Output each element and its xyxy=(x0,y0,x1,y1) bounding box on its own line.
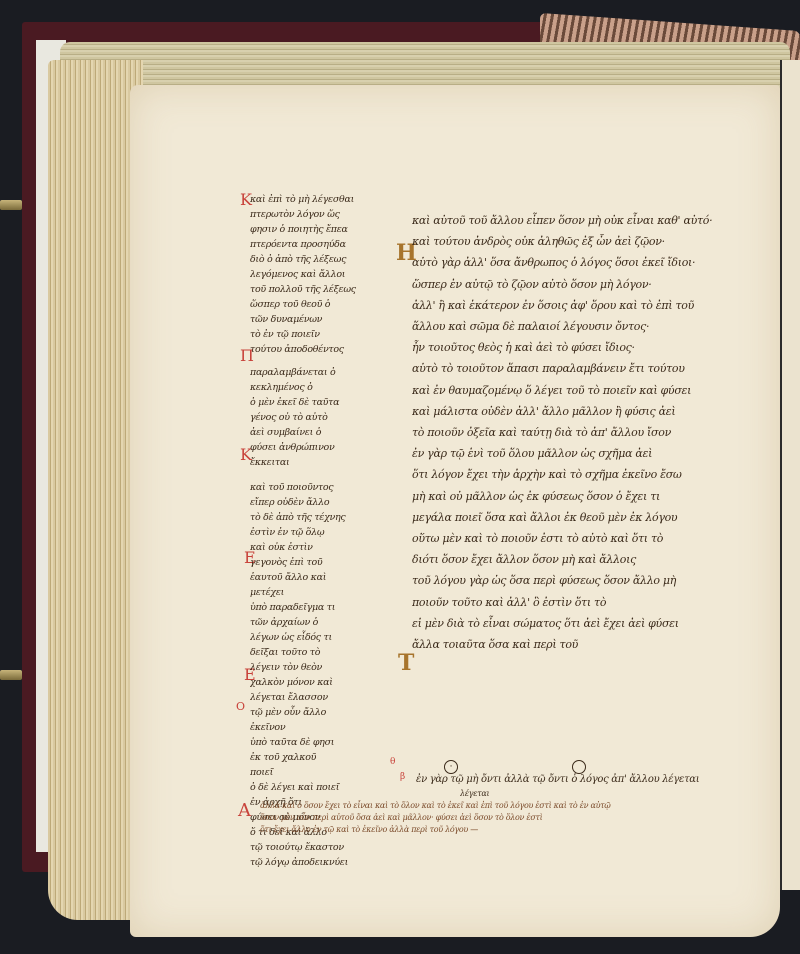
commentary-line: καὶ οὐκ ἐστὶν xyxy=(250,540,400,555)
main-text-column: καὶ αὐτοῦ τοῦ ἄλλου εἶπεν ὅσον μὴ οὐκ εἶ… xyxy=(412,210,772,655)
main-text-line: ἄλλα τοιαῦτα ὅσα καὶ περὶ τοῦ xyxy=(412,634,772,655)
commentary-line: ὥσπερ τοῦ θεοῦ ὁ xyxy=(250,297,400,312)
commentary-line: τῷ τοιούτῳ ἕκαστον xyxy=(250,840,400,855)
main-text-line: καὶ αὐτοῦ τοῦ ἄλλου εἶπεν ὅσον μὴ οὐκ εἶ… xyxy=(412,210,772,231)
binding-clasp-upper xyxy=(0,200,22,210)
main-text-line: καὶ τούτου ἀνδρὸς οὐκ ἀληθῶς ἐξ ὧν ἀεὶ ζ… xyxy=(412,231,772,252)
commentary-line: ὑπὸ ταῦτα δὲ φησι xyxy=(250,735,400,750)
commentary-line: γένος οὐ τὸ αὐτὸ xyxy=(250,410,400,425)
marginal-commentary: καὶ ἐπὶ τὸ μὴ λέγεσθαι πτερωτὸν λόγον ὥς… xyxy=(250,192,400,870)
commentary-line: τῷ μὲν οὖν ἄλλο xyxy=(250,705,400,720)
commentary-line: ἐκ τοῦ χαλκοῦ xyxy=(250,750,400,765)
commentary-line: τούτου ἀποδοθέντος xyxy=(250,342,400,357)
main-text-line: καὶ μάλιστα οὐδὲν ἀλλ' ἄλλο μᾶλλον ἢ φύσ… xyxy=(412,401,772,422)
main-text-line: ὅτι λόγον ἔχει τὴν ἀρχὴν καὶ τὸ σχῆμα ἐκ… xyxy=(412,464,772,485)
footnote-line: ἀλλὰ καὶ ὁ ὅσον ἔχει τὸ εἶναι καὶ τὸ ὅλο… xyxy=(250,800,770,812)
commentary-line: ἔκκειται xyxy=(250,455,400,470)
commentary-line: ποιεῖ xyxy=(250,765,400,780)
main-text-line: ἦν τοιοῦτος θεὸς ἡ καὶ ἀεὶ τὸ φύσει ἴδιο… xyxy=(412,337,772,358)
commentary-line: εἴπερ οὐδὲν ἄλλο xyxy=(250,495,400,510)
commentary-line: λέγειν τὸν θεὸν xyxy=(250,660,400,675)
main-text-line: τὸ ποιοῦν ὀξεῖα καὶ ταύτῃ διὰ τὸ ἀπ' ἄλλ… xyxy=(412,422,772,443)
commentary-line: λέγων ὡς εἶδός τι xyxy=(250,630,400,645)
rubric-initial: Ο xyxy=(236,700,245,713)
commentary-line: φησιν ὁ ποιητὴς ἔπεα xyxy=(250,222,400,237)
main-text-line: ὥσπερ ἐν αὐτῷ τὸ ζῷον αὐτὸ ὅσον μὴ λόγον… xyxy=(412,274,772,295)
main-text-line: μεγάλα ποιεῖ ὅσα καὶ ἄλλοι ἐκ θεοῦ μὲν ἐ… xyxy=(412,507,772,528)
main-text-line: ἐν γὰρ τῷ ἑνὶ τοῦ ὅλου μᾶλλον ὡς σχῆμα ἀ… xyxy=(412,443,772,464)
commentary-line: τὸ δὲ ἀπὸ τῆς τέχνης xyxy=(250,510,400,525)
commentary-line: ὁ δὲ λέγει καὶ ποιεῖ xyxy=(250,780,400,795)
commentary-line: τῶν δυναμένων xyxy=(250,312,400,327)
footnote-block: ἀλλὰ καὶ ὁ ὅσον ἔχει τὸ εἶναι καὶ τὸ ὅλο… xyxy=(250,800,770,836)
main-text-line: καὶ ἐν θαυμαζομένῳ ὅ λέγει τοῦ τὸ ποιεῖν… xyxy=(412,380,772,401)
scholion-marker: β xyxy=(400,772,405,782)
commentary-line: ὁ μὲν ἐκεῖ δὲ ταῦτα xyxy=(250,395,400,410)
main-text-line: οὕτω μὲν καὶ τὸ ποιοῦν ἐστι τὸ αὐτὸ καὶ … xyxy=(412,528,772,549)
commentary-line: μετέχει xyxy=(250,585,400,600)
commentary-line: τῶν ἀρχαίων ὁ xyxy=(250,615,400,630)
main-text-line: διότι ὅσον ἔχει ἄλλον ὅσον μὴ καὶ ἄλλοις xyxy=(412,549,772,570)
main-text-line: μὴ καὶ οὐ μᾶλλον ὡς ἐκ φύσεως ὅσον ὁ ἔχε… xyxy=(412,486,772,507)
commentary-line: τῷ λόγῳ ἀποδεικνύει xyxy=(250,855,400,870)
commentary-line: γεγονὸς ἐπὶ τοῦ xyxy=(250,555,400,570)
commentary-line: καὶ ἐπὶ τὸ μὴ λέγεσθαι xyxy=(250,192,400,207)
facing-page-edge xyxy=(780,60,800,890)
footnote-line: ὅσον μὲν οὖν περὶ αὐτοῦ ὅσα ἀεὶ καὶ μᾶλλ… xyxy=(250,812,770,824)
main-text-line: ἀλλ' ἢ καὶ ἑκάτερον ἐν ὅσοις ἀφ' ὅρου κα… xyxy=(412,295,772,316)
commentary-line: πτερόεντα προσηύδα xyxy=(250,237,400,252)
commentary-line: καὶ τοῦ ποιοῦντος xyxy=(250,480,400,495)
commentary-line: τοῦ πολλοῦ τῆς λέξεως xyxy=(250,282,400,297)
commentary-line: ἐκεῖνον xyxy=(250,720,400,735)
main-text-line: εἰ μὲν διὰ τὸ εἶναι σώματος ὅτι ἀεὶ ἔχει… xyxy=(412,613,772,634)
commentary-line: παραλαμβάνεται ὁ xyxy=(250,365,400,380)
main-text-line: αὐτὸ γὰρ ἀλλ' ὅσα ἄνθρωπος ὁ λόγος ὅσοι … xyxy=(412,252,772,273)
commentary-line: διὸ ὁ ἀπὸ τῆς λέξεως xyxy=(250,252,400,267)
page-edges-left xyxy=(48,60,143,920)
commentary-line: χαλκὸν μόνον καὶ xyxy=(250,675,400,690)
commentary-line: φύσει ἀνθρώπινον xyxy=(250,440,400,455)
commentary-line: ἑαυτοῦ ἄλλο καὶ xyxy=(250,570,400,585)
commentary-line: κεκλημένος ὁ xyxy=(250,380,400,395)
main-text-line: αὐτὸ τὸ τοιοῦτον ἅπασι παραλαμβάνειν ἔτι… xyxy=(412,358,772,379)
commentary-line: ἀεὶ συμβαίνει ὁ xyxy=(250,425,400,440)
commentary-line: τὸ ἐν τῷ ποιεῖν xyxy=(250,327,400,342)
main-text-line: τοῦ λόγου γὰρ ὡς ὅσα περὶ φύσεως ὅσον ἄλ… xyxy=(412,570,772,591)
footnote-line: ὅτι ἔχει ἄλλο ἐν τῷ καὶ τὸ ἐκεῖνο ἀλλὰ π… xyxy=(250,824,770,836)
commentary-line: λεγόμενος καὶ ἄλλοι xyxy=(250,267,400,282)
commentary-line: ἐστὶν ἐν τῷ ὅλῳ xyxy=(250,525,400,540)
scholion-marker: θ xyxy=(390,757,395,767)
binding-clasp-lower xyxy=(0,670,22,680)
commentary-line: δεῖξαι τοῦτο τὸ xyxy=(250,645,400,660)
main-text-line: ποιοῦν τοῦτο καὶ ἀλλ' ὃ ἐστὶν ὅτι τὸ xyxy=(412,592,772,613)
scholion-line: ἐν γὰρ τῷ μὴ ὄντι ἀλλὰ τῷ ὄντι ὁ λόγος ἀ… xyxy=(416,772,699,787)
commentary-line: λέγεται ἔλασσον xyxy=(250,690,400,705)
main-text-line: ἅλλου καὶ σῶμα δὲ παλαιοί λέγουσιν ὄντος… xyxy=(412,316,772,337)
scholion-continuation: λέγεται xyxy=(460,786,489,801)
commentary-line: ὑπὸ παραδεῖγμα τι xyxy=(250,600,400,615)
commentary-line: πτερωτὸν λόγον ὥς xyxy=(250,207,400,222)
